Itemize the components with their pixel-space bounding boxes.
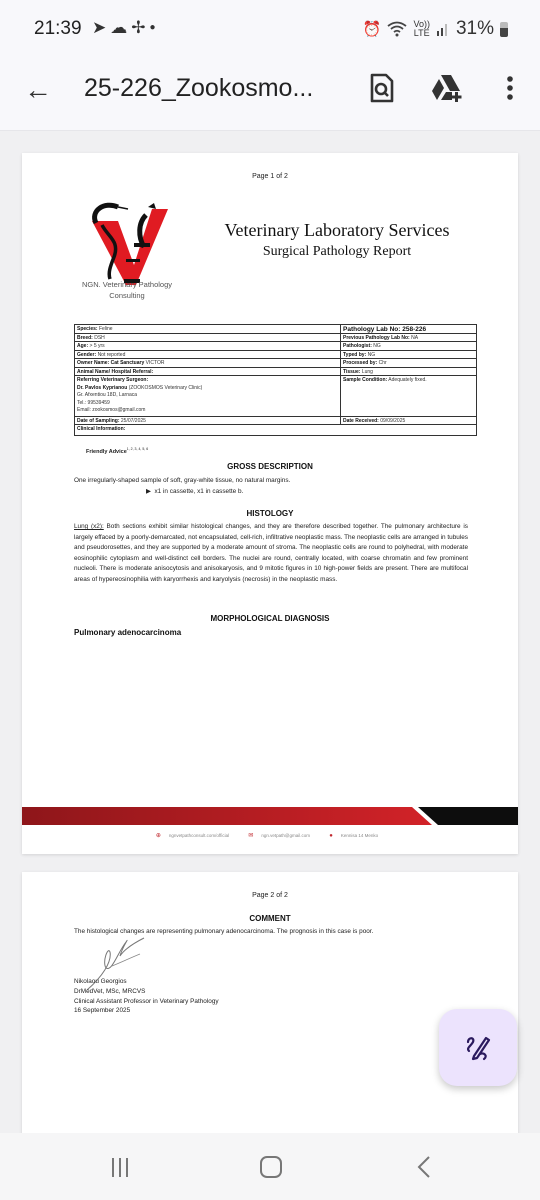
annotate-pen-icon [464,1034,492,1062]
footer-contacts: ⊕ngnvetpathconsult.com/official ✉ngn.vet… [22,832,518,839]
cloud-icon: ☁ [110,18,131,37]
footer-address-text: Kennisa 14 Menko [341,833,378,838]
tissue-value: Lung [362,369,373,375]
signer-name: Nikolaou Georgios [74,977,219,987]
tissue-label: Tissue: [343,369,360,375]
processed-by-label: Processed by: [343,360,377,366]
species-value: Feline [99,326,113,332]
footer-band [22,807,518,825]
back-arrow-icon[interactable]: ← [24,74,52,106]
app-bar: ← 25-226_Zookosmo... [0,60,540,131]
lab-no-value: 258-226 [402,326,426,333]
sampling-value: 25/07/2025 [121,418,146,424]
footer-email[interactable]: ✉ngn.vetpath@gmail.com [248,833,316,838]
status-time: 21:39 [34,18,82,40]
lab-no-label: Pathology Lab No: [343,326,400,333]
friendly-advice-refs: 1, 2, 3, 4, 5, 6 [127,447,148,451]
lab-logo [78,197,178,285]
gender-label: Gender: [77,352,96,358]
tissue-cell: Tissue: Lung [341,368,476,376]
breed-value: DSH [94,335,105,341]
age-value: > 5 yrs [90,343,105,349]
pdf-page-2: Page 2 of 2 COMMENT The histological cha… [22,872,518,1133]
fan-icon: ✢ [131,18,149,37]
document-title: 25-226_Zookosmo... [84,74,313,103]
pathologist-value: NG [373,343,381,349]
histology-lead: Lung (x2): [74,523,104,530]
signer-degrees: DrMedVet, MSc, MRCVS [74,987,219,997]
annotate-button[interactable] [439,1009,517,1086]
animal-name-label: Animal Name/ Hospital Referral: [77,369,153,375]
recent-apps-icon [109,1156,131,1178]
typed-by-cell: Typed by: NG [341,351,476,359]
typed-by-label: Typed by: [343,352,366,358]
volte-bottom: LTE [414,28,430,38]
bullet-arrow-icon: ▶ [146,488,151,495]
received-label: Date Received: [343,418,379,424]
gender-value: Not reported [98,352,126,358]
gross-bullet: ▶ x1 in cassette, x1 in cassette b. [146,487,243,495]
wifi-icon [387,21,407,37]
mail-icon: ✉ [248,833,253,839]
owner-label: Owner Name: [77,360,109,366]
owner-cell: Owner Name: Cat Sanctuary VICTOR [75,359,341,367]
comment-title: COMMENT [22,914,518,923]
lab-no-cell: Pathology Lab No: 258-226 [341,325,476,333]
signature-block: Nikolaou Georgios DrMedVet, MSc, MRCVS C… [74,977,219,1016]
footer-address: ●Kennisa 14 Menko [329,833,384,838]
breed-label: Breed: [77,335,93,341]
referring-surgeon-cell: Referring Veterinary Surgeon: Dr. Pavlos… [75,376,341,416]
breed-cell: Breed: DSH [75,334,341,342]
report-subheading: Surgical Pathology Report [192,244,482,260]
logo-caption-line1: NGN. Veterinary Pathology [62,279,192,290]
pathologist-label: Pathologist: [343,343,372,349]
page-number: Page 2 of 2 [22,892,518,899]
pdf-viewer[interactable]: Page 1 of 2 NGN. Veterinary Pathology Co… [0,131,540,1133]
morphological-diagnosis-title: MORPHOLOGICAL DIAGNOSIS [22,614,518,623]
surgeon-clinic: (ZOOKOSMOS Veterinary Clinic) [129,385,203,391]
condition-label: Sample Condition: [343,377,387,383]
more-options-icon[interactable] [492,70,528,106]
histology-title: HISTOLOGY [22,509,518,518]
notification-icons: ➤☁✢● [92,18,160,38]
footer-email-text: ngn.vetpath@gmail.com [261,833,310,838]
sample-condition-cell: Sample Condition: Adequately fixed. [341,376,476,416]
histology-text: Lung (x2): Both sections exhibit similar… [74,522,468,586]
age-label: Age: [77,343,88,349]
telegram-icon: ➤ [92,18,110,37]
processed-by-cell: Processed by: Chr [341,359,476,367]
dot-icon: ● [150,22,160,33]
system-nav-bar [0,1133,540,1200]
nav-back-icon [416,1155,432,1179]
clinical-info-cell: Clinical Information: [75,425,127,435]
morphological-diagnosis: Pulmonary adenocarcinoma [74,628,181,637]
logo-caption: NGN. Veterinary Pathology Consulting [62,279,192,301]
owner-value: VICTOR [146,360,165,366]
signed-date: 16 September 2025 [74,1006,219,1016]
received-value: 09/09/2025 [380,418,405,424]
globe-icon: ⊕ [156,833,161,839]
nav-back-button[interactable] [404,1151,444,1183]
surgeon-address: Gr. Afxentiou 18D, Larnaca [77,392,338,400]
surgeon-label: Referring Veterinary Surgeon: [77,377,148,383]
home-icon [259,1155,283,1179]
surgeon-tel: Tel.: 99539459 [77,400,338,408]
signal-icon [436,22,450,36]
location-pin-icon: ● [329,833,333,839]
condition-value: Adequately fixed. [388,377,426,383]
species-label: Species: [77,326,98,332]
gross-description-text: One irregularly-shaped sample of soft, g… [74,476,468,487]
volte-icon: Vo))LTE [413,20,430,38]
friendly-advice-text: Friendly Advice [86,449,127,455]
owner-value-bold: Cat Sanctuary [111,360,145,366]
animal-name-cell: Animal Name/ Hospital Referral: [75,368,341,376]
surgeon-name: Dr. Pavlos Kyprianou [77,385,127,391]
signer-title: Clinical Assistant Professor in Veterina… [74,997,219,1007]
species-cell: Species: Feline [75,325,341,333]
battery-percent: 31% [456,18,494,40]
typed-by-value: NG [368,352,376,358]
age-cell: Age: > 5 yrs [75,342,341,350]
battery-icon [500,22,508,37]
recent-apps-button[interactable] [100,1151,140,1183]
sampling-date-cell: Date of Sampling: 25/07/2025 [75,417,341,425]
alarm-icon: ⏰ [363,20,382,38]
prev-lab-cell: Previous Pathology Lab No: NA [341,334,476,342]
search-document-icon[interactable] [364,70,400,106]
sampling-label: Date of Sampling: [77,418,120,424]
pdf-page-1: Page 1 of 2 NGN. Veterinary Pathology Co… [22,153,518,854]
received-date-cell: Date Received: 09/09/2025 [341,417,476,425]
surgeon-email: Email: zookosmos@gmail.com [77,407,338,415]
patient-info-table: Species: Feline Pathology Lab No: 258-22… [74,324,477,436]
pathologist-cell: Pathologist: NG [341,342,476,350]
gender-cell: Gender: Not reported [75,351,341,359]
clinical-label: Clinical Information: [77,426,125,432]
friendly-advice: Friendly Advice1, 2, 3, 4, 5, 6 [86,447,148,455]
add-to-drive-icon[interactable] [430,70,466,106]
footer-website[interactable]: ⊕ngnvetpathconsult.com/official [156,833,235,838]
page-number: Page 1 of 2 [22,173,518,180]
gross-bullet-text: x1 in cassette, x1 in cassette b. [154,488,243,495]
status-bar: 21:39 ➤☁✢● ⏰ Vo))LTE 31% [0,0,540,60]
gross-description-title: GROSS DESCRIPTION [22,462,518,471]
processed-by-value: Chr [379,360,387,366]
histology-body: Both sections exhibit similar histologic… [74,523,468,583]
footer-website-text: ngnvetpathconsult.com/official [169,833,229,838]
report-heading: Veterinary Laboratory Services [192,220,482,241]
prev-lab-value: NA [411,335,418,341]
logo-caption-line2: Consulting [62,290,192,301]
system-icons: ⏰ Vo))LTE 31% [363,18,508,40]
home-button[interactable] [251,1151,291,1183]
prev-lab-label: Previous Pathology Lab No: [343,335,410,341]
